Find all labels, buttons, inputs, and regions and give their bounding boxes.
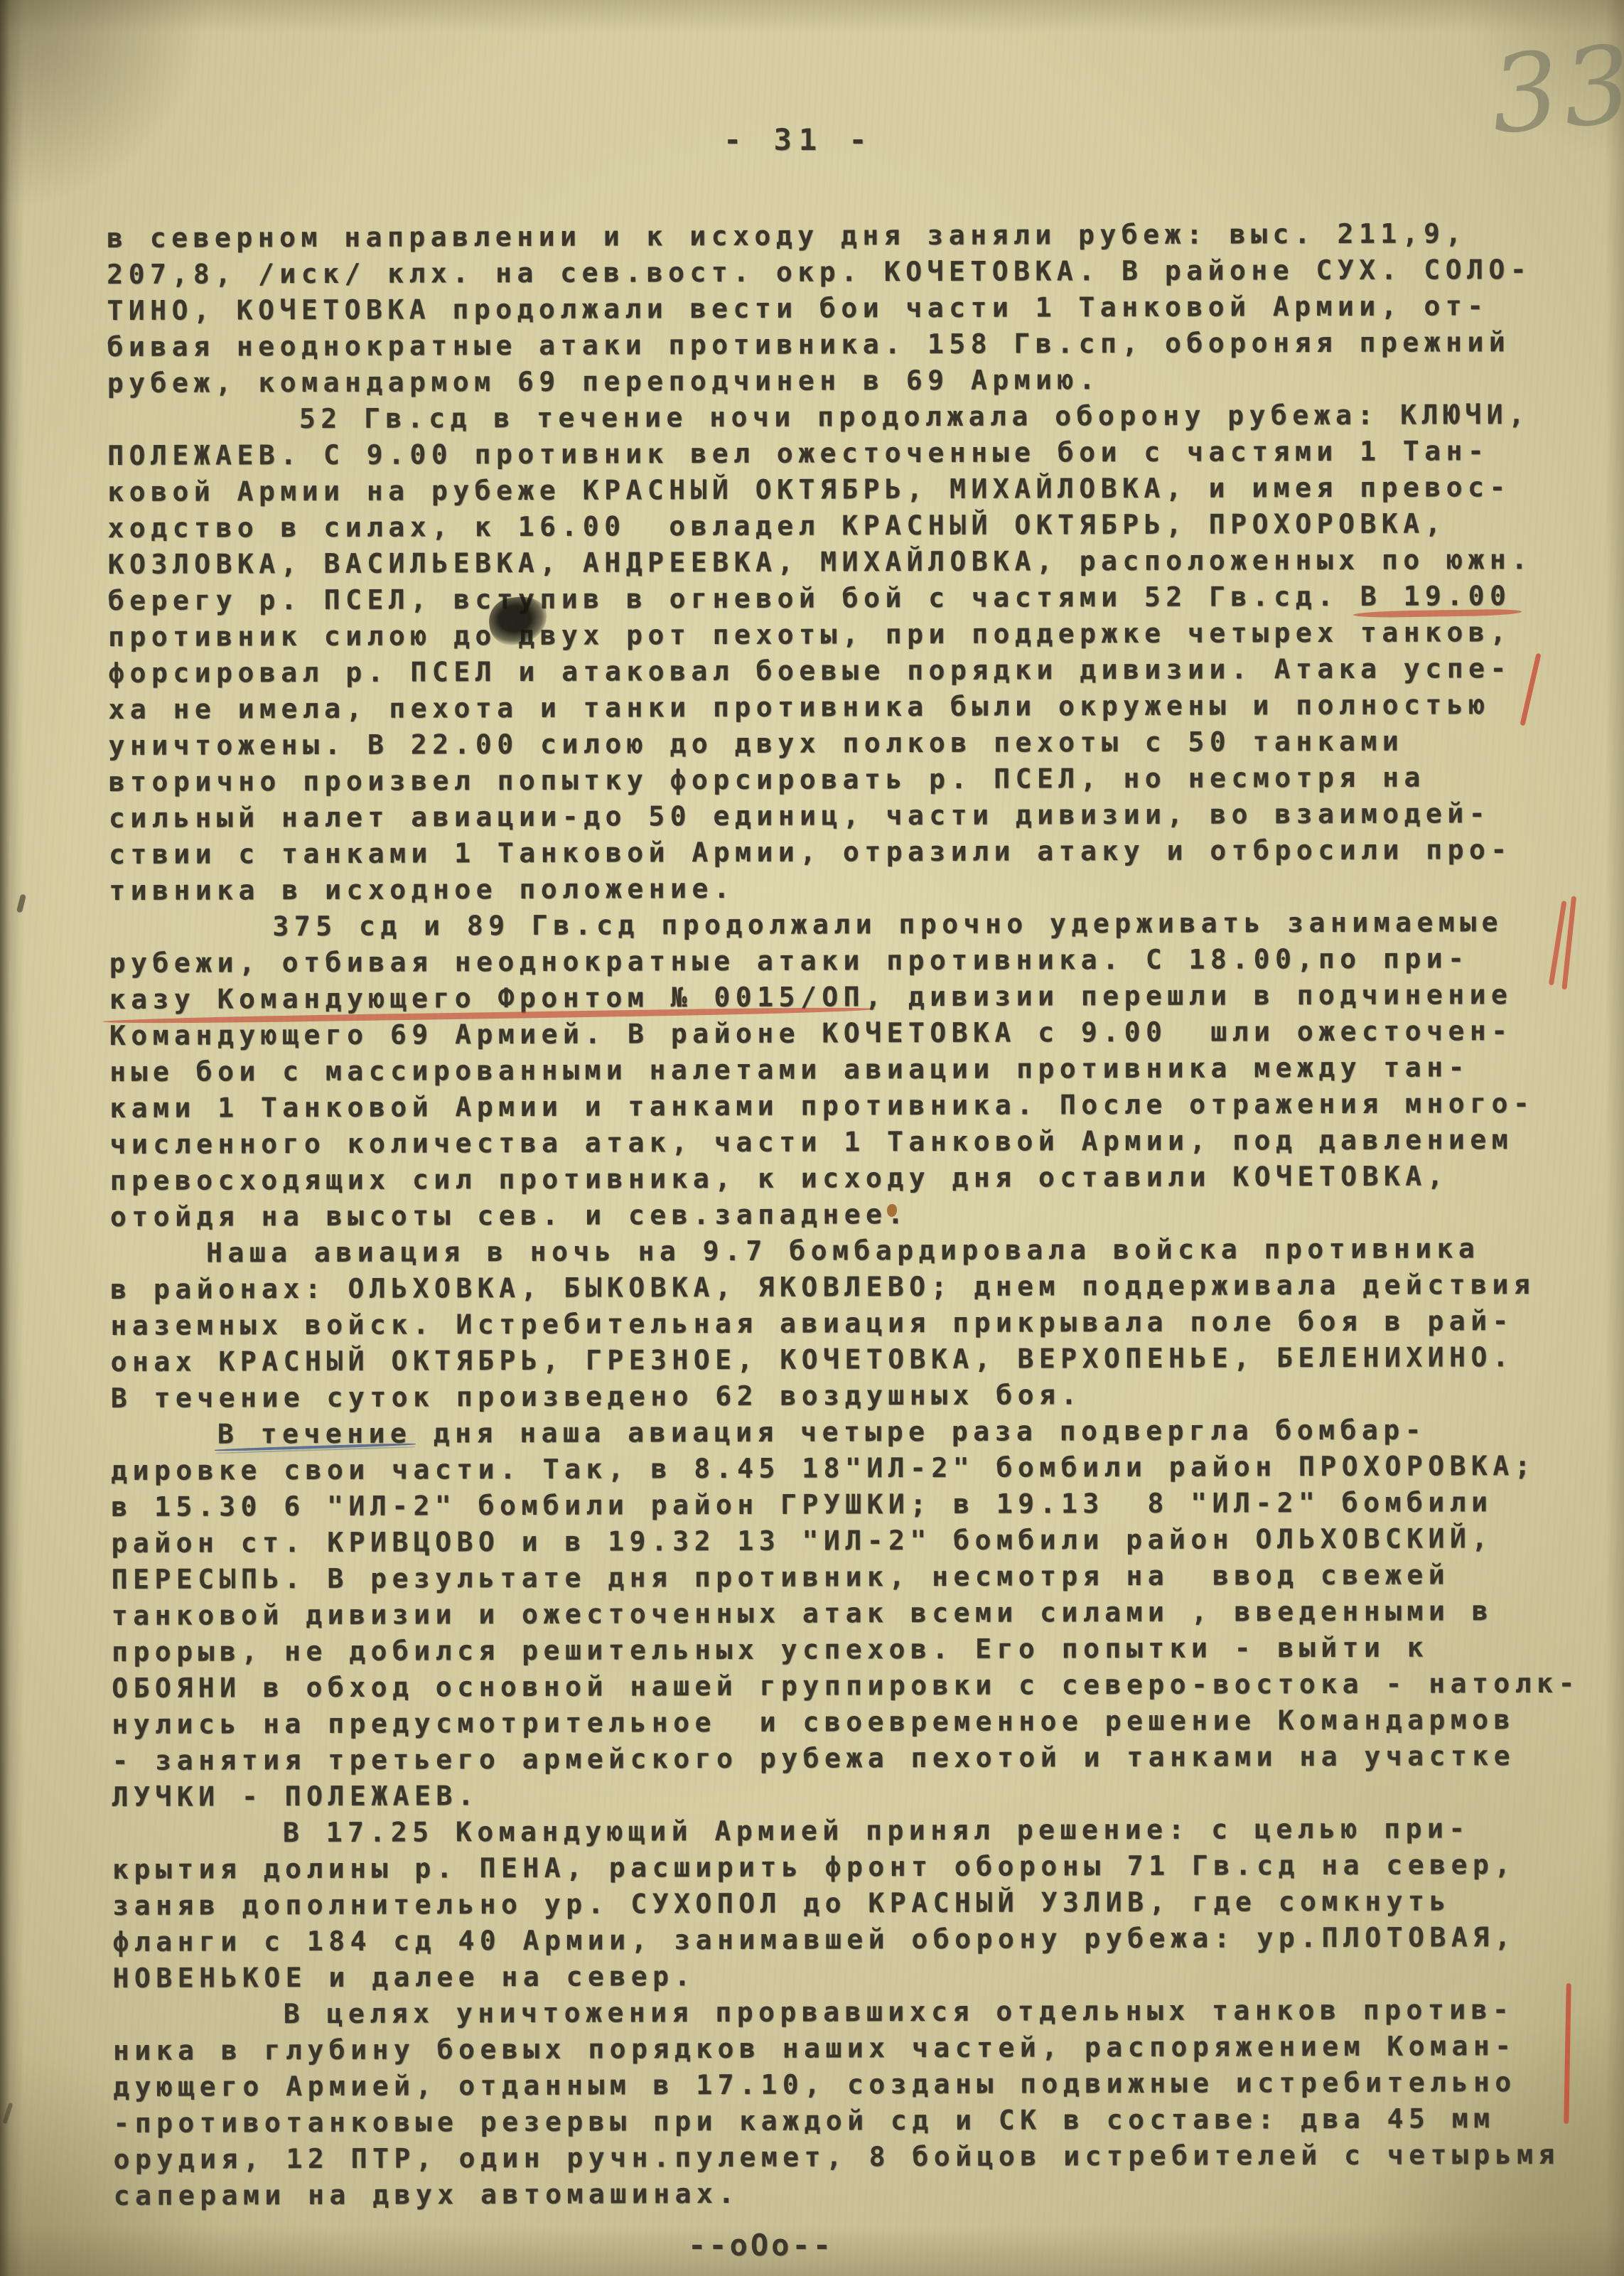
text-line: орудия, 12 ПТР, один ручн.пулемет, 8 бой…: [113, 2137, 1613, 2178]
text-segment: ТИНО, КОЧЕТОВКА продолжали вести бои час…: [107, 290, 1488, 326]
text-segment: рубеж, командармом 69 переподчинен в 69 …: [107, 364, 1101, 399]
text-segment: ные бои с массированными налетами авиаци…: [109, 1051, 1470, 1088]
text-line: В 17.25 Командующий Армией принял решени…: [112, 1810, 1612, 1852]
text-segment: в северном направлении и к исходу дня за…: [107, 218, 1467, 254]
text-line: численного количества атак, части 1 Танк…: [109, 1122, 1609, 1163]
handwritten-pencil-note: 33: [1486, 22, 1624, 158]
text-line: казу Командующего Фронтом № 0015/ОП, див…: [109, 977, 1609, 1018]
text-line: ные бои с массированными налетами авиаци…: [109, 1049, 1609, 1090]
text-line: противник силою до двух рот пехоты, при …: [108, 614, 1608, 655]
text-segment: онах КРАСНЫЙ ОКТЯБРЬ, ГРЕЗНОЕ, КОЧЕТОВКА…: [111, 1341, 1515, 1378]
text-segment: фланги с 184 сд 40 Армии, занимавшей обо…: [112, 1921, 1516, 1958]
end-of-page-mark: --оОо--: [688, 2228, 834, 2262]
text-segment: превосходящих сил противника, к исходу д…: [110, 1160, 1449, 1196]
text-line: В течение суток произведено 62 воздушных…: [111, 1375, 1610, 1417]
text-segment: В 17.25 Командующий Армией принял решени…: [283, 1813, 1470, 1848]
text-segment: 207,8, /иск/ клх. на сев.вост. окр. КОЧЕ…: [107, 254, 1532, 290]
text-segment: ха не имела, пехота и танки противника б…: [108, 689, 1490, 725]
text-line: крытия долины р. ПЕНА, расширить фронт о…: [112, 1847, 1612, 1888]
text-line: ха не имела, пехота и танки противника б…: [108, 687, 1608, 728]
text-segment: крытия долины р. ПЕНА, расширить фронт о…: [112, 1849, 1516, 1885]
text-line: фланги с 184 сд 40 Армии, занимавшей обо…: [112, 1919, 1612, 1960]
text-segment: КОЗЛОВКА, ВАСИЛЬЕВКА, АНДРЕЕВКА, МИХАЙЛО…: [108, 544, 1533, 580]
text-line: берегу р. ПСЕЛ, вступив в огневой бой с …: [108, 578, 1608, 619]
text-line: рубеж, командармом 69 переподчинен в 69 …: [107, 360, 1607, 402]
text-segment: ками 1 Танковой Армии и танками противни…: [109, 1088, 1534, 1124]
text-line: -противотанковые резервы при каждой сд и…: [113, 2100, 1613, 2142]
text-line: тивника в исходное положение.: [109, 868, 1608, 909]
text-segment: численного количества атак, части 1 Танк…: [109, 1124, 1513, 1160]
text-segment: Наша авиация в ночь на 9.7 бомбардировал…: [206, 1233, 1480, 1268]
text-line: ствии с танками 1 Танковой Армии, отрази…: [109, 832, 1608, 873]
text-line: рубежи, отбивая неоднократные атаки прот…: [109, 940, 1609, 982]
text-line: ОБОЯНИ в обход основной нашей группировк…: [112, 1665, 1611, 1707]
text-segment: дующего Армией, отданным в 17.10, создан…: [113, 2066, 1517, 2103]
text-line: район ст. КРИВЦОВО и в 19.32 13 "ИЛ-2" б…: [111, 1520, 1610, 1562]
text-segment: 375 сд и 89 Гв.сд продолжали прочно удер…: [272, 906, 1503, 942]
text-segment: в районах: ОЛЬХОВКА, БЫКОВКА, ЯКОВЛЕВО; …: [110, 1269, 1535, 1305]
text-line: в 15.30 6 "ИЛ-2" бомбили район ГРУШКИ; в…: [111, 1484, 1610, 1525]
text-line: дировке свои части. Так, в 8.45 18"ИЛ-2"…: [111, 1448, 1610, 1489]
text-line: - занятия третьего армейского рубежа пех…: [112, 1738, 1611, 1779]
text-segment: танковой дивизии и ожесточенных атак все…: [112, 1595, 1493, 1631]
text-segment: - занятия третьего армейского рубежа пех…: [112, 1740, 1515, 1776]
text-line: наземных войск. Истребительная авиация п…: [110, 1303, 1610, 1344]
text-line: 52 Гв.сд в течение ночи продолжала оборо…: [107, 397, 1607, 438]
text-line: Наша авиация в ночь на 9.7 бомбардировал…: [110, 1230, 1610, 1272]
text-segment: ковой Армии на рубеже КРАСНЫЙ ОКТЯБРЬ, М…: [107, 471, 1511, 508]
text-segment: рубежи, отбивая неоднократные атаки прот…: [109, 943, 1470, 979]
text-line: прорыв, не добился решительных успехов. …: [112, 1629, 1611, 1670]
text-line: В течение дня наша авиация четыре раза п…: [111, 1412, 1610, 1453]
text-segment: ОБОЯНИ в обход основной нашей группировк…: [112, 1668, 1580, 1704]
text-segment: заняв дополнительно ур. СУХОПОЛ до КРАСН…: [112, 1885, 1451, 1921]
text-segment: форсировал р. ПСЕЛ и атаковал боевые пор…: [108, 653, 1512, 689]
text-segment: В течение суток произведено 62 воздушных…: [111, 1379, 1082, 1414]
text-segment: берегу р. ПСЕЛ, вступив в огневой бой с …: [108, 581, 1360, 616]
text-segment: , дивизии перешли в подчинение: [865, 979, 1512, 1012]
text-line: ковой Армии на рубеже КРАСНЫЙ ОКТЯБРЬ, М…: [107, 469, 1607, 510]
text-segment: дня наша авиация четыре раза подвергла б…: [412, 1415, 1426, 1449]
page-number: - 31 -: [724, 122, 874, 157]
text-segment: сильный налет авиации-до 50 единиц, част…: [109, 798, 1490, 834]
margin-tick-mark: [3, 2103, 14, 2124]
text-segment: ПОЛЕЖАЕВ. С 9.00 противник вел ожесточен…: [107, 435, 1489, 471]
margin-tick-mark: [16, 893, 26, 913]
red-underlined-text: казу Командующего Фронтом № 0015/ОП: [109, 981, 865, 1015]
text-segment: НОВЕНЬКОЕ и далее на север.: [113, 1960, 696, 1994]
text-line: нулись на предусмотрительное и своевреме…: [112, 1702, 1611, 1743]
text-segment: тивника в исходное положение.: [109, 873, 735, 906]
text-segment: ЛУЧКИ - ПОЛЕЖАЕВ.: [112, 1780, 480, 1813]
text-line: 207,8, /иск/ клх. на сев.вост. окр. КОЧЕ…: [107, 252, 1606, 293]
text-line: в северном направлении и к исходу дня за…: [107, 215, 1606, 257]
document-body: в северном направлении и к исходу дня за…: [107, 215, 1613, 2214]
text-line: саперами на двух автомашинах.: [114, 2173, 1613, 2214]
paper-sheet: - 31 - 33 в северном направлении и к исх…: [0, 0, 1624, 2276]
text-line: ПОЛЕЖАЕВ. С 9.00 противник вел ожесточен…: [107, 433, 1607, 474]
text-segment: ПЕРЕСЫПЬ. В результате дня противник, не…: [112, 1559, 1451, 1595]
text-segment: бивая неоднократные атаки противника. 15…: [107, 326, 1511, 363]
text-segment: В целях уничтожения прорвавшихся отдельн…: [284, 1994, 1515, 2029]
text-segment: ствии с танками 1 Танковой Армии, отрази…: [109, 834, 1512, 870]
text-segment: район ст. КРИВЦОВО и в 19.32 13 "ИЛ-2" б…: [111, 1523, 1493, 1559]
text-line: онах КРАСНЫЙ ОКТЯБРЬ, ГРЕЗНОЕ, КОЧЕТОВКА…: [111, 1339, 1610, 1380]
scanned-military-document-page: { "page": { "number_label": "- 31 -", "h…: [0, 0, 1624, 2276]
blue-underlined-text: В течение: [217, 1418, 412, 1450]
text-segment: -противотанковые резервы при каждой сд и…: [113, 2103, 1495, 2139]
text-segment: саперами на двух автомашинах.: [114, 2178, 740, 2211]
text-line: В целях уничтожения прорвавшихся отдельн…: [113, 1992, 1613, 2033]
text-line: НОВЕНЬКОЕ и далее на север.: [113, 1955, 1613, 1997]
text-segment: нулись на предусмотрительное и своевреме…: [112, 1704, 1515, 1740]
text-line: танковой дивизии и ожесточенных атак все…: [112, 1593, 1611, 1634]
red-underlined-text: В 19.00: [1360, 580, 1512, 612]
text-line: превосходящих сил противника, к исходу д…: [110, 1158, 1610, 1199]
text-line: сильный налет авиации-до 50 единиц, част…: [109, 795, 1608, 837]
text-line: ЛУЧКИ - ПОЛЕЖАЕВ.: [112, 1774, 1612, 1815]
text-line: КОЗЛОВКА, ВАСИЛЬЕВКА, АНДРЕЕВКА, МИХАЙЛО…: [108, 542, 1608, 583]
text-segment: уничтожены. В 22.00 силою до двух полков…: [109, 726, 1404, 761]
text-segment: дировке свои части. Так, в 8.45 18"ИЛ-2"…: [111, 1450, 1536, 1486]
text-line: в районах: ОЛЬХОВКА, БЫКОВКА, ЯКОВЛЕВО; …: [110, 1267, 1610, 1308]
text-line: 375 сд и 89 Гв.сд продолжали прочно удер…: [109, 904, 1608, 945]
text-segment: в 15.30 6 "ИЛ-2" бомбили район ГРУШКИ; в…: [111, 1486, 1493, 1523]
text-segment: 52 Гв.сд в течение ночи продолжала оборо…: [299, 399, 1530, 434]
text-line: заняв дополнительно ур. СУХОПОЛ до КРАСН…: [112, 1883, 1612, 1924]
text-segment: прорыв, не добился решительных успехов. …: [112, 1632, 1429, 1668]
text-segment: наземных войск. Истребительная авиация п…: [110, 1305, 1514, 1341]
text-segment: ника в глубину боевых порядков наших час…: [113, 2030, 1517, 2066]
text-line: ками 1 Танковой Армии и танками противни…: [109, 1085, 1609, 1127]
text-line: форсировал р. ПСЕЛ и атаковал боевые пор…: [108, 650, 1608, 692]
text-line: отойдя на высоты сев. и сев.западнее.: [110, 1194, 1610, 1235]
text-line: бивая неоднократные атаки противника. 15…: [107, 324, 1607, 365]
text-line: ходство в силах, к 16.00 овладел КРАСНЫЙ…: [107, 505, 1607, 547]
text-line: вторично произвел попытку форсировать р.…: [109, 759, 1608, 800]
text-segment: ходство в силах, к 16.00 овладел КРАСНЫЙ…: [107, 508, 1446, 544]
text-segment: противник силою до двух рот пехоты, при …: [108, 616, 1512, 653]
text-line: ПЕРЕСЫПЬ. В результате дня противник, не…: [112, 1557, 1611, 1598]
text-line: Командующего 69 Армией. В районе КОЧЕТОВ…: [109, 1013, 1609, 1054]
text-line: ТИНО, КОЧЕТОВКА продолжали вести бои час…: [107, 288, 1606, 329]
text-segment: отойдя на высоты сев. и сев.западнее.: [110, 1198, 909, 1233]
text-segment: Командующего 69 Армией. В районе КОЧЕТОВ…: [109, 1015, 1513, 1051]
text-line: ника в глубину боевых порядков наших час…: [113, 2028, 1613, 2069]
text-line: уничтожены. В 22.00 силою до двух полков…: [108, 723, 1608, 764]
text-segment: орудия, 12 ПТР, один ручн.пулемет, 8 бой…: [113, 2139, 1559, 2175]
text-line: дующего Армией, отданным в 17.10, создан…: [113, 2064, 1613, 2105]
text-segment: вторично произвел попытку форсировать р.…: [109, 762, 1426, 798]
